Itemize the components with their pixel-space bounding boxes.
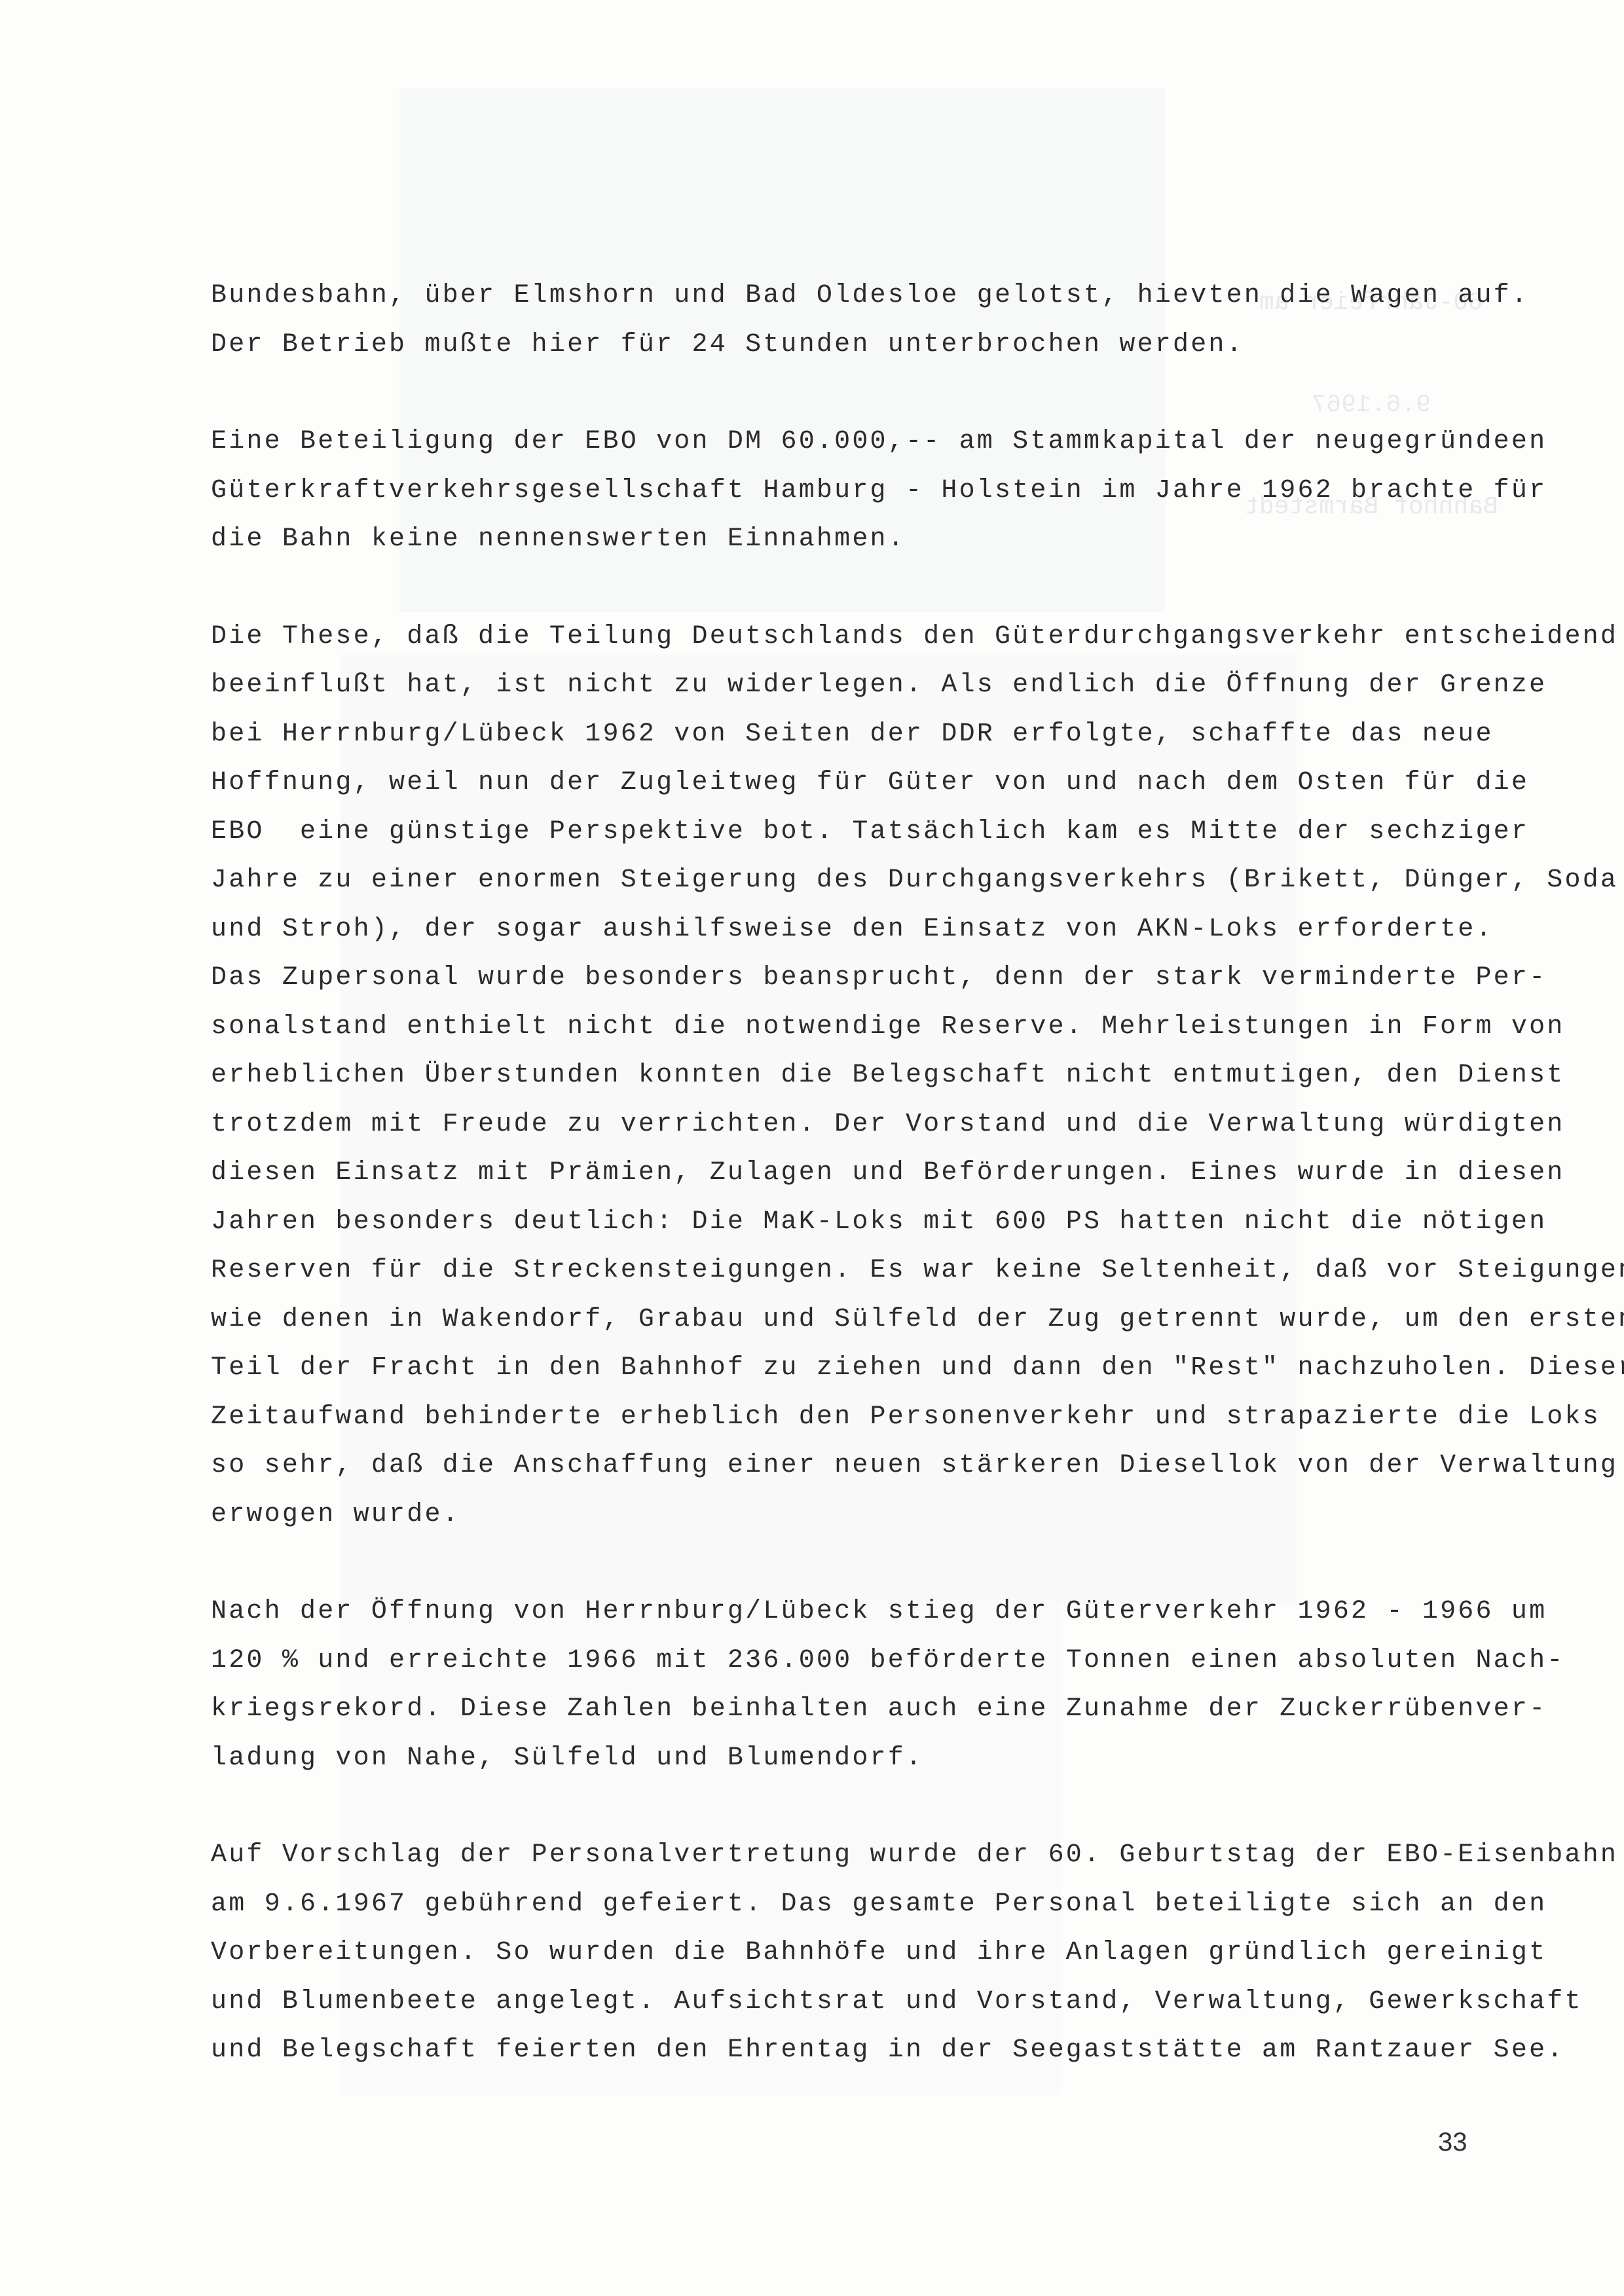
page-number: 33 [1438,2128,1467,2157]
text-line: so sehr, daß die Anschaffung einer neuen… [211,1442,1468,1491]
document-body: Bundesbahn, über Elmshorn und Bad Oldesl… [211,272,1468,2124]
paragraph: Auf Vorschlag der Personalvertretung wur… [211,1831,1468,2075]
text-line: Vorbereitungen. So wurden die Bahnhöfe u… [211,1929,1468,1978]
text-line: sonalstand enthielt nicht die notwendige… [211,1003,1468,1052]
text-line: kriegsrekord. Diese Zahlen beinhalten au… [211,1685,1468,1734]
text-line: Zeitaufwand behinderte erheblich den Per… [211,1393,1468,1442]
text-line: Güterkraftverkehrsgesellschaft Hamburg -… [211,467,1468,516]
text-line: Reserven für die Streckensteigungen. Es … [211,1247,1468,1296]
text-line: Bundesbahn, über Elmshorn und Bad Oldesl… [211,272,1468,321]
paragraph: Bundesbahn, über Elmshorn und Bad Oldesl… [211,272,1468,369]
text-line: Nach der Öffnung von Herrnburg/Lübeck st… [211,1588,1468,1637]
text-line: diesen Einsatz mit Prämien, Zulagen und … [211,1149,1468,1198]
text-line: Teil der Fracht in den Bahnhof zu ziehen… [211,1344,1468,1393]
text-line: Hoffnung, weil nun der Zugleitweg für Gü… [211,759,1468,808]
text-line: und Belegschaft feierten den Ehrentag in… [211,2026,1468,2075]
paragraph: Die These, daß die Teilung Deutschlands … [211,613,1468,1540]
text-line: Jahre zu einer enormen Steigerung des Du… [211,856,1468,905]
text-line: Das Zupersonal wurde besonders beanspruc… [211,954,1468,1003]
text-line: bei Herrnburg/Lübeck 1962 von Seiten der… [211,710,1468,759]
text-line: Jahren besonders deutlich: Die MaK-Loks … [211,1198,1468,1247]
paragraph: Nach der Öffnung von Herrnburg/Lübeck st… [211,1588,1468,1783]
text-line: 120 % und erreichte 1966 mit 236.000 bef… [211,1637,1468,1686]
text-line: Eine Beteiligung der EBO von DM 60.000,-… [211,418,1468,467]
text-line: Auf Vorschlag der Personalvertretung wur… [211,1831,1468,1880]
text-line: EBO eine günstige Perspektive bot. Tatsä… [211,808,1468,857]
text-line: Die These, daß die Teilung Deutschlands … [211,613,1468,662]
text-line: und Blumenbeete angelegt. Aufsichtsrat u… [211,1978,1468,2027]
text-line: beeinflußt hat, ist nicht zu widerlegen.… [211,661,1468,710]
text-line: erheblichen Überstunden konnten die Bele… [211,1051,1468,1101]
text-line: trotzdem mit Freude zu verrichten. Der V… [211,1101,1468,1150]
text-line: die Bahn keine nennenswerten Einnahmen. [211,515,1468,564]
text-line: Der Betrieb mußte hier für 24 Stunden un… [211,321,1468,370]
paragraph: Eine Beteiligung der EBO von DM 60.000,-… [211,418,1468,564]
text-line: ladung von Nahe, Sülfeld und Blumendorf. [211,1734,1468,1783]
text-line: wie denen in Wakendorf, Grabau und Sülfe… [211,1296,1468,1345]
paragraph-container: Bundesbahn, über Elmshorn und Bad Oldesl… [211,272,1468,2075]
text-line: und Stroh), der sogar aushilfsweise den … [211,905,1468,955]
text-line: erwogen wurde. [211,1491,1468,1540]
text-line: am 9.6.1967 gebührend gefeiert. Das gesa… [211,1880,1468,1929]
